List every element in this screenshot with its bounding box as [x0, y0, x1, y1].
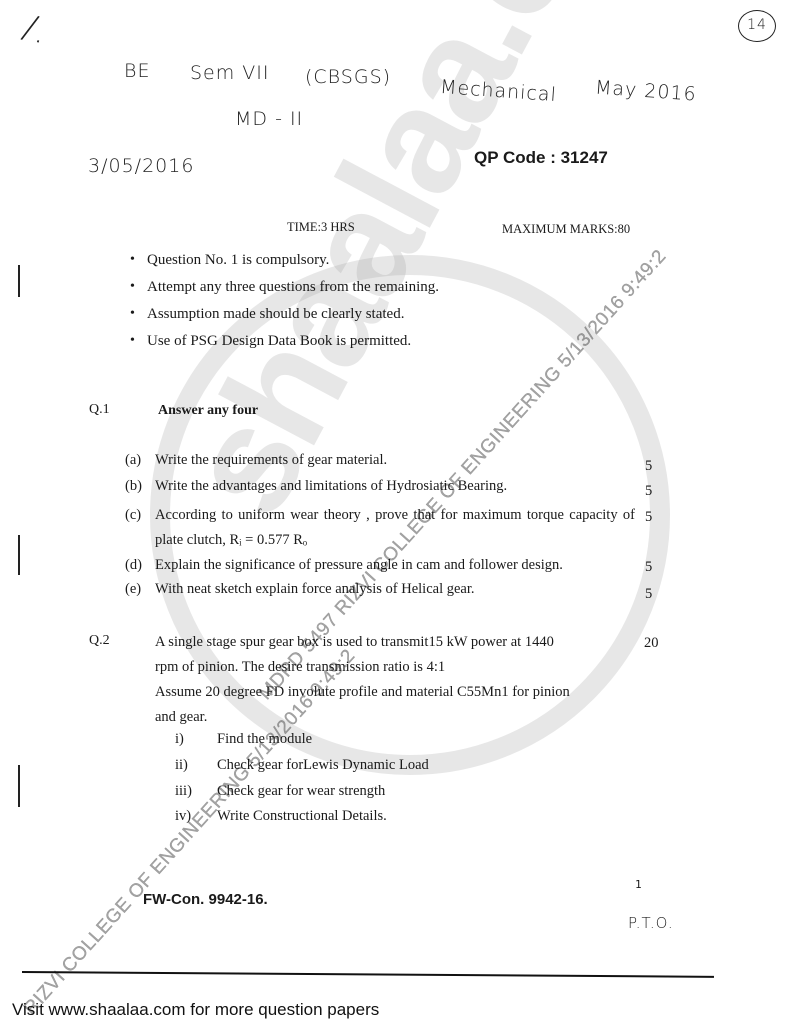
q2-part-iii: iii)Check gear for wear strength	[175, 783, 385, 800]
q2-marks: 20	[644, 635, 659, 652]
instructions-list: •Question No. 1 is compulsory. •Attempt …	[130, 250, 439, 358]
corner-mark: /.	[18, 7, 54, 53]
q1-part-d: (d)Explain the significance of pressure …	[125, 557, 660, 574]
instruction-item: •Use of PSG Design Data Book is permitte…	[130, 331, 439, 358]
q2-part-iv: iv)Write Constructional Details.	[175, 808, 387, 825]
time-allowed: TIME:3 HRS	[287, 220, 355, 235]
bullet-icon: •	[130, 277, 147, 304]
scan-mark	[18, 265, 20, 297]
q1-part-b: (b)Write the advantages and limitations …	[125, 478, 660, 495]
q1-part-a-marks: 5	[645, 458, 652, 475]
page-circle-number: 14	[738, 10, 776, 42]
q1-part-e-marks: 5	[645, 586, 652, 603]
bullet-icon: •	[130, 304, 147, 331]
q1-part-e: (e)With neat sketch explain force analys…	[125, 581, 660, 598]
footer-link-text: Visit www.shaalaa.com for more question …	[12, 1000, 379, 1020]
q2-text: A single stage spur gear box is used to …	[155, 630, 635, 730]
q1-part-b-marks: 5	[645, 483, 652, 500]
q1-heading: Answer any four	[158, 403, 258, 419]
q2-part-i: i)Find the module	[175, 731, 312, 748]
hw-program: BE	[124, 60, 150, 82]
instruction-item: •Attempt any three questions from the re…	[130, 277, 439, 304]
hw-exam-session: May 2016	[594, 76, 697, 105]
hw-scheme: (CBSGS)	[305, 66, 391, 88]
hw-date: 3/05/2016	[88, 155, 194, 177]
q1-part-c-marks: 5	[645, 509, 652, 526]
page-number: 1	[635, 878, 642, 891]
qp-code: QP Code : 31247	[474, 148, 608, 168]
q1-part-d-marks: 5	[645, 559, 652, 576]
fw-con-code: FW-Con. 9942-16.	[143, 891, 268, 908]
scan-mark	[18, 765, 20, 807]
hw-pto: P.T.O.	[628, 914, 674, 932]
q2-number: Q.2	[89, 633, 110, 649]
scan-mark	[18, 535, 20, 575]
q1-number: Q.1	[89, 402, 110, 418]
q2-part-ii: ii)Check gear forLewis Dynamic Load	[175, 757, 429, 774]
instruction-item: •Assumption made should be clearly state…	[130, 304, 439, 331]
footer-divider	[22, 971, 714, 978]
bullet-icon: •	[130, 331, 147, 358]
instruction-item: •Question No. 1 is compulsory.	[130, 250, 439, 277]
bullet-icon: •	[130, 250, 147, 277]
maximum-marks: MAXIMUM MARKS:80	[502, 222, 630, 237]
hw-semester: Sem VII	[190, 62, 270, 84]
hw-subject: MD - II	[235, 108, 303, 130]
q1-part-a: (a)Write the requirements of gear materi…	[125, 452, 660, 469]
q1-part-c: (c)According to uniform wear theory , pr…	[125, 503, 635, 553]
